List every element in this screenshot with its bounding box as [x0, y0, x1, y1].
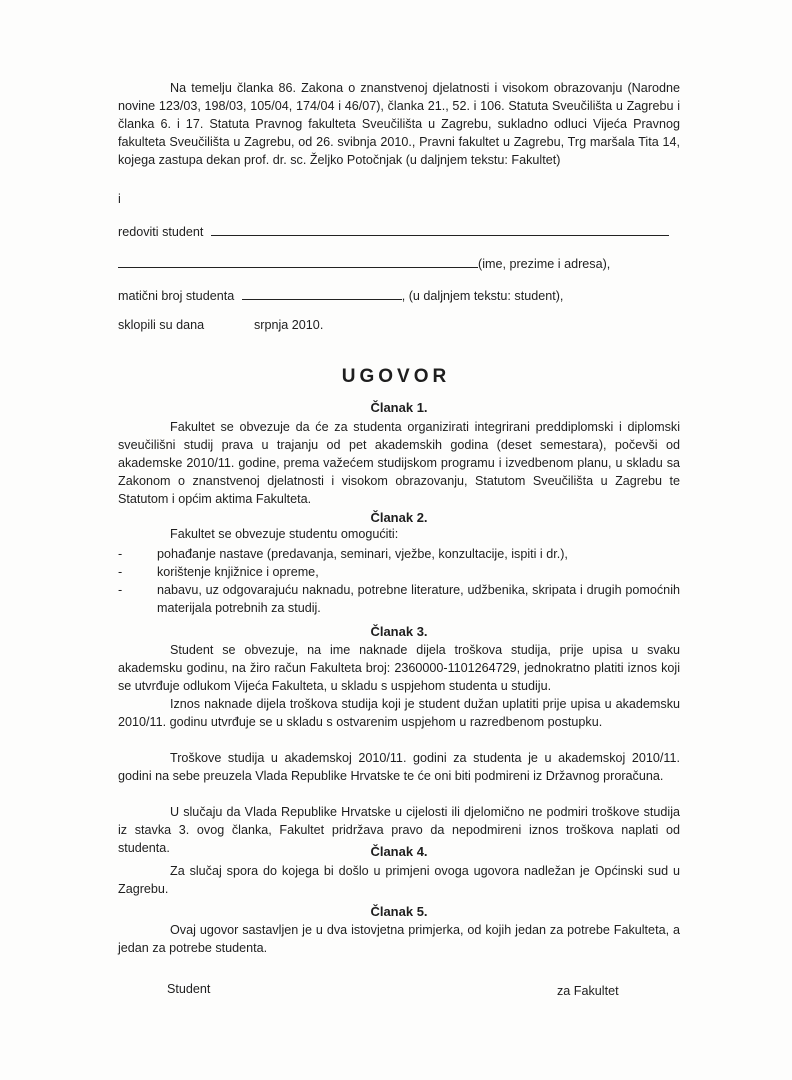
article-5-heading: Članak 5. — [118, 904, 680, 919]
article-3-paragraph-1: Student se obvezuje, na ime naknade dije… — [118, 641, 680, 695]
article-3-paragraph-2: Iznos naknade dijela troškova studija ko… — [118, 695, 680, 731]
student-field-blank[interactable] — [211, 224, 669, 236]
document-title: UGOVOR — [0, 366, 792, 388]
signature-student-label: Student — [167, 982, 210, 996]
article-4-heading: Članak 4. — [118, 844, 680, 859]
student-number-blank[interactable] — [242, 288, 402, 300]
article-1-heading: Članak 1. — [118, 400, 680, 415]
bullet-dash: - — [118, 545, 122, 563]
article-2-heading: Članak 2. — [118, 510, 680, 525]
article-1-paragraph: Fakultet se obvezuje da će za studenta o… — [118, 418, 680, 508]
article-5-paragraph: Ovaj ugovor sastavljen je u dva istovjet… — [118, 921, 680, 957]
document-page: Na temelju članka 86. Zakona o znanstven… — [0, 0, 792, 1080]
signature-faculty-label: za Fakultet — [557, 984, 619, 998]
student-number-suffix: , (u daljnjem tekstu: student), — [402, 289, 564, 303]
bullet-dash: - — [118, 563, 122, 581]
conjunction: i — [118, 192, 121, 206]
address-field-row: (ime, prezime i adresa), — [118, 256, 678, 271]
article-4-paragraph: Za slučaj spora do kojega bi došlo u pri… — [118, 862, 680, 898]
preamble: Na temelju članka 86. Zakona o znanstven… — [118, 79, 680, 169]
list-item: -nabavu, uz odgovarajuću naknadu, potreb… — [118, 581, 680, 617]
list-item: -korištenje knjižnice i opreme, — [118, 563, 680, 581]
student-number-label: matični broj studenta — [118, 289, 234, 303]
address-field-blank[interactable] — [118, 256, 478, 268]
concluded-label: sklopili su dana — [118, 318, 204, 332]
concluded-date: srpnja 2010. — [254, 318, 323, 332]
article-3-heading: Članak 3. — [118, 624, 680, 639]
article-2-list: -pohađanje nastave (predavanja, seminari… — [118, 545, 680, 617]
bullet-dash: - — [118, 581, 122, 599]
student-number-row: matični broj studenta , (u daljnjem teks… — [118, 288, 678, 303]
article-2-intro: Fakultet se obvezuje studentu omogućiti: — [170, 527, 398, 541]
address-field-suffix: (ime, prezime i adresa), — [478, 257, 610, 271]
student-field-row: redoviti student — [118, 224, 678, 239]
student-field-label: redoviti student — [118, 225, 203, 239]
list-item: -pohađanje nastave (predavanja, seminari… — [118, 545, 680, 563]
article-3-paragraph-3: Troškove studija u akademskoj 2010/11. g… — [118, 749, 680, 785]
